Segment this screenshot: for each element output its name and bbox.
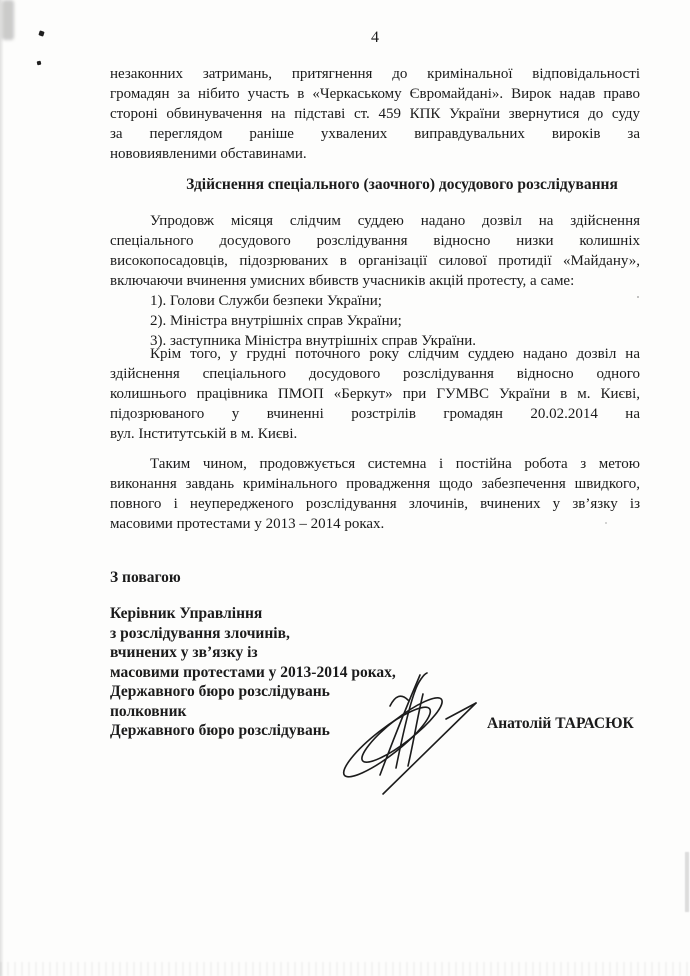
text-line: масовими протестами у 2013 – 2014 роках.	[110, 514, 640, 534]
signer-title-line: Керівник Управління	[110, 604, 640, 624]
text-line: нововиявленими обставинами.	[110, 144, 640, 164]
document-page: 4 незаконних затримань, притягнення до к…	[0, 0, 690, 976]
scan-smudge	[2, 0, 14, 40]
numbered-list: 1). Голови Служби безпеки України;2). Мі…	[110, 291, 640, 351]
text-line: підозрюваного у вчиненні розстрілів гром…	[110, 404, 640, 424]
body-paragraph-1: незаконних затримань, притягнення до кри…	[110, 64, 640, 164]
list-item: 1). Голови Служби безпеки України;	[110, 291, 640, 311]
page-number: 4	[110, 28, 640, 48]
text-line: незаконних затримань, притягнення до кри…	[110, 64, 640, 84]
text-line: Упродовж місяця слідчим суддею надано до…	[110, 211, 640, 231]
closing-salutation: З повагою	[110, 568, 640, 588]
text-line: включаючи вчинення умисних вбивств учасн…	[110, 271, 640, 291]
body-paragraph-3: Крім того, у грудні поточного року слідч…	[110, 344, 640, 444]
body-paragraph-4: Таким чином, продовжується системна і по…	[110, 454, 640, 534]
text-line: колишнього працівника ПМОП «Беркут» при …	[110, 384, 640, 404]
text-line: стороні обвинувачення на підставі ст. 45…	[110, 104, 640, 124]
scan-speck	[38, 30, 44, 36]
scan-edge-shadow	[0, 0, 4, 976]
text-line: громадян за нібито участь в «Черкаському…	[110, 84, 640, 104]
signer-title-line: з розслідування злочинів,	[110, 624, 640, 644]
text-line: за переглядом раніше ухвалених виправдув…	[110, 124, 640, 144]
text-line: Таким чином, продовжується системна і по…	[110, 454, 640, 474]
scan-noise-band	[0, 962, 690, 976]
text-line: Крім того, у грудні поточного року слідч…	[110, 344, 640, 364]
signer-name: Анатолій ТАРАСЮК	[487, 714, 634, 734]
text-line: повного і неупередженого розслідування з…	[110, 494, 640, 514]
list-item: 2). Міністра внутрішніх справ України;	[110, 311, 640, 331]
text-line: здійснення спеціального досудового розсл…	[110, 364, 640, 384]
scan-speck	[37, 61, 42, 66]
text-line: вул. Інститутській в м. Києві.	[110, 424, 640, 444]
section-heading: Здійснення спеціального (заочного) досуд…	[110, 174, 640, 196]
scan-artifact	[685, 852, 689, 912]
text-line: виконання завдань кримінального провадже…	[110, 474, 640, 494]
text-line: спеціального досудового розслідування ві…	[110, 231, 640, 251]
text-line: високопосадовців, підозрюваних в організ…	[110, 251, 640, 271]
body-paragraph-2: Упродовж місяця слідчим суддею надано до…	[110, 211, 640, 291]
handwritten-signature-icon	[330, 658, 490, 808]
